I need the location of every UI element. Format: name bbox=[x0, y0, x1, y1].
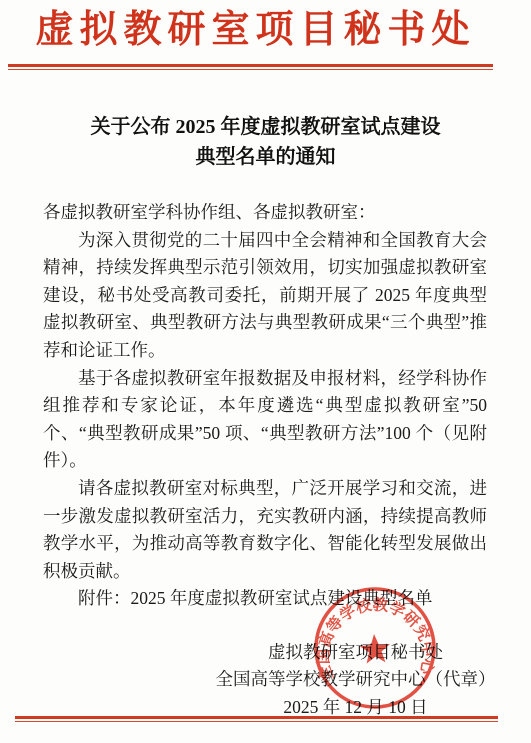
body-paragraph: 请各虚拟教研室对标典型，广泛开展学习和交流，进一步激发虚拟教研室活力，充实教研内… bbox=[43, 475, 487, 585]
notice-document-page: 虚拟教研室项目秘书处 关于公布 2025 年度虚拟教研室试点建设 典型名单的通知… bbox=[0, 0, 531, 743]
footer-divider-line bbox=[15, 716, 498, 722]
masthead-title: 虚拟教研室项目秘书处 bbox=[0, 4, 531, 56]
notice-title-line2: 典型名单的通知 bbox=[196, 146, 336, 168]
body-paragraph: 为深入贯彻党的二十届四中全会精神和全国教育大会精神，持续发挥典型示范引领效用，切… bbox=[43, 227, 487, 365]
notice-body: 各虚拟教研室学科协作组、各虚拟教研室： 为深入贯彻党的二十届四中全会精神和全国教… bbox=[0, 199, 531, 613]
signature-org-line2: 全国高等学校教学研究中心（代章） bbox=[210, 666, 501, 693]
masthead-divider-line bbox=[8, 64, 493, 70]
notice-title: 关于公布 2025 年度虚拟教研室试点建设 典型名单的通知 bbox=[0, 112, 531, 172]
salutation-line: 各虚拟教研室学科协作组、各虚拟教研室： bbox=[43, 199, 487, 227]
body-paragraph: 基于各虚拟教研室年报数据及申报材料，经学科协作组推荐和专家论证，本年度遴选“典型… bbox=[43, 365, 487, 475]
signature-block: 虚拟教研室项目秘书处 全国高等学校教学研究中心（代章） 2025 年 12 月 … bbox=[210, 639, 501, 721]
signature-org-line1: 虚拟教研室项目秘书处 bbox=[210, 639, 501, 666]
notice-title-line1: 关于公布 2025 年度虚拟教研室试点建设 bbox=[91, 116, 441, 138]
attachment-line: 附件：2025 年度虚拟教研室试点建设典型名单 bbox=[43, 585, 487, 613]
